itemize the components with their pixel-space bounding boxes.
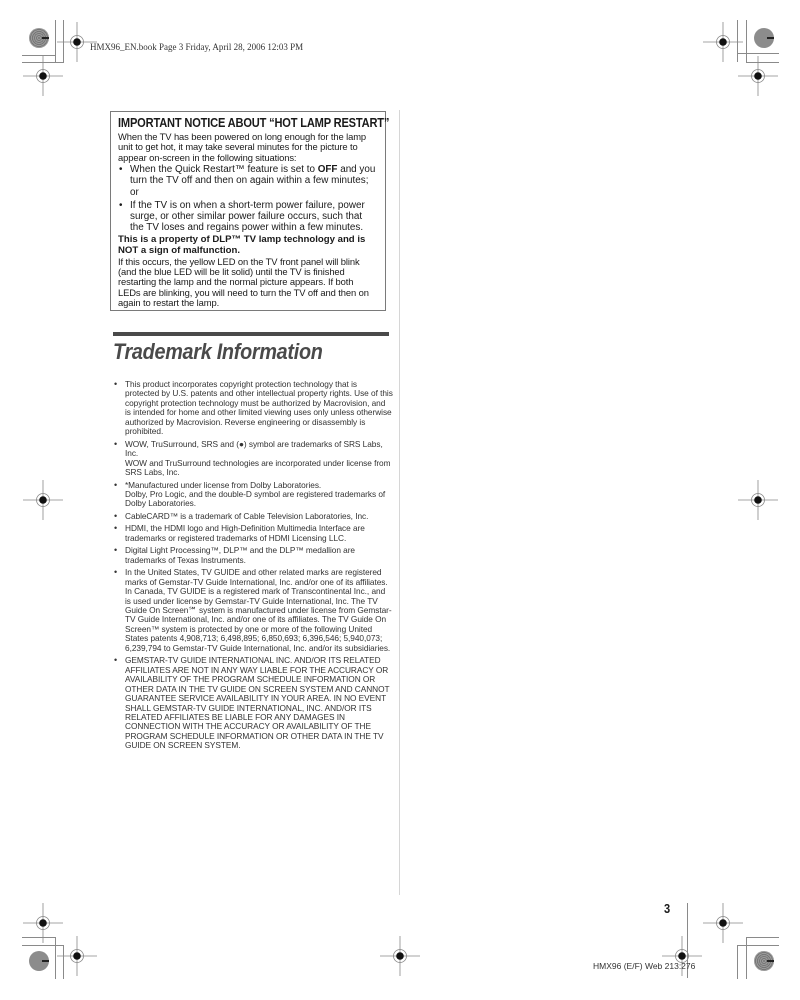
hot-lamp-notice-box: IMPORTANT NOTICE ABOUT “HOT LAMP RESTART…: [110, 111, 386, 311]
halftone-disc-icon: [754, 28, 774, 48]
halftone-disc-icon: [29, 28, 49, 48]
notice-intro: When the TV has been powered on long eno…: [118, 132, 378, 163]
crosshair-circle-icon: [57, 936, 97, 976]
trademark-item: This product incorporates copyright prot…: [113, 380, 393, 437]
trademark-item: CableCARD™ is a trademark of Cable Telev…: [113, 512, 393, 521]
section-title-trademark: Trademark Information: [113, 339, 323, 365]
notice-bold-statement: This is a property of DLP™ TV lamp techn…: [118, 235, 378, 256]
trademark-item-text: Digital Light Processing™, DLP™ and the …: [125, 545, 355, 564]
crosshair-circle-icon: [23, 480, 63, 520]
section-rule: [113, 332, 389, 336]
trademark-item: HDMI, the HDMI logo and High-Definition …: [113, 524, 393, 543]
crop-mark: [746, 937, 779, 938]
trademark-item-text: CableCARD™ is a trademark of Cable Telev…: [125, 511, 368, 521]
trademark-item: Digital Light Processing™, DLP™ and the …: [113, 546, 393, 565]
crosshair-circle-icon: [23, 56, 63, 96]
print-header-slug: HMX96_EN.book Page 3 Friday, April 28, 2…: [90, 42, 303, 52]
notice-title: IMPORTANT NOTICE ABOUT “HOT LAMP RESTART…: [118, 116, 347, 130]
trademark-item: WOW, TruSurround, SRS and (●) symbol are…: [113, 440, 393, 478]
crop-mark: [737, 945, 779, 946]
notice-bullet-list: When the Quick Restart™ feature is set t…: [118, 164, 378, 233]
crop-mark: [737, 53, 779, 54]
trademark-item: In the United States, TV GUIDE and other…: [113, 568, 393, 653]
footer-print-code: HMX96 (E/F) Web 213:276: [593, 961, 695, 971]
crosshair-circle-icon: [703, 903, 743, 943]
trademark-list: This product incorporates copyright prot…: [113, 380, 393, 754]
trademark-item-text: GEMSTAR-TV GUIDE INTERNATIONAL INC. AND/…: [125, 655, 389, 750]
crop-mark: [737, 945, 738, 979]
page-number: 3: [664, 901, 670, 916]
trademark-item-text: In the United States, TV GUIDE and other…: [125, 567, 392, 653]
crosshair-circle-icon: [703, 22, 743, 62]
notice-bullet: When the Quick Restart™ feature is set t…: [118, 164, 378, 198]
trademark-item-subtext: WOW and TruSurround technologies are inc…: [125, 459, 393, 478]
halftone-disc-icon: [29, 951, 49, 971]
trademark-item: *Manufactured under license from Dolby L…: [113, 481, 393, 509]
crosshair-circle-icon: [738, 480, 778, 520]
trademark-item-text: This product incorporates copyright prot…: [125, 379, 393, 436]
notice-bullet-text: When the Quick Restart™ feature is set t…: [130, 164, 318, 175]
crosshair-circle-icon: [738, 56, 778, 96]
notice-bullet: If the TV is on when a short-term power …: [118, 200, 378, 234]
notice-closing: If this occurs, the yellow LED on the TV…: [118, 257, 378, 309]
trademark-item: GEMSTAR-TV GUIDE INTERNATIONAL INC. AND/…: [113, 656, 393, 751]
notice-bullet-emphasis: OFF: [318, 164, 338, 175]
crosshair-circle-icon: [380, 936, 420, 976]
halftone-disc-icon: [754, 951, 774, 971]
trademark-item-text: WOW, TruSurround, SRS and (●) symbol are…: [125, 439, 383, 458]
crop-mark: [55, 937, 56, 979]
trademark-item-text: HDMI, the HDMI logo and High-Definition …: [125, 523, 365, 542]
column-divider: [399, 110, 400, 895]
trademark-item-subtext: Dolby, Pro Logic, and the double-D symbo…: [125, 490, 393, 509]
crop-mark: [746, 937, 747, 979]
